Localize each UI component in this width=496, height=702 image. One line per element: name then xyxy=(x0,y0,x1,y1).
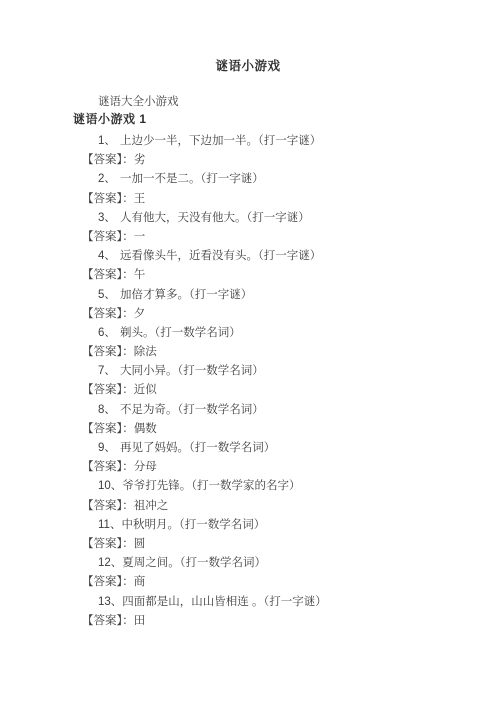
riddle-number: 5、 xyxy=(98,286,120,305)
riddle-question-text: 剃头。（打一数学名词） xyxy=(120,327,241,339)
riddle-question: 7、大同小异。（打一数学名词） xyxy=(0,362,496,381)
riddle-question-text: 夏周之间。（打一数学名词） xyxy=(122,557,266,569)
riddle-question-text: 大同小异。（打一数学名词） xyxy=(120,365,264,377)
riddle-answer: 【答案】：一 xyxy=(0,228,496,247)
riddle-answer: 【答案】：王 xyxy=(0,190,496,209)
riddle-question-text: 加倍才算多。（打一字谜） xyxy=(120,289,252,301)
riddle-number: 8、 xyxy=(98,401,120,420)
riddle-list: 1、上边少一半，下边加一半。（打一字谜）【答案】：劣2、一加一不是二。（打一字谜… xyxy=(0,132,496,631)
riddle-question: 1、上边少一半，下边加一半。（打一字谜） xyxy=(0,132,496,151)
riddle-question: 9、再见了妈妈。（打一数学名词） xyxy=(0,439,496,458)
document-title: 谜语小游戏 xyxy=(0,59,496,74)
riddle-question: 12、夏周之间。（打一数学名词） xyxy=(0,554,496,573)
document-page: 谜语小游戏 谜语大全小游戏 谜语小游戏 1 1、上边少一半，下边加一半。（打一字… xyxy=(0,0,496,702)
riddle-answer: 【答案】：分母 xyxy=(0,458,496,477)
riddle-number: 2、 xyxy=(98,170,120,189)
riddle-answer: 【答案】：夕 xyxy=(0,305,496,324)
riddle-number: 13、 xyxy=(98,593,122,612)
riddle-answer: 【答案】：劣 xyxy=(0,151,496,170)
riddle-answer: 【答案】：午 xyxy=(0,266,496,285)
riddle-question-text: 中秋明月。（打一数学名词） xyxy=(121,519,265,531)
riddle-number: 9、 xyxy=(98,439,120,458)
riddle-question-text: 远看像头牛，近看没有头。（打一字谜） xyxy=(120,250,321,262)
riddle-question: 6、剃头。（打一数学名词） xyxy=(0,324,496,343)
riddle-number: 10、 xyxy=(98,477,122,496)
riddle-question: 11、中秋明月。（打一数学名词） xyxy=(0,516,496,535)
riddle-question-text: 四面都是山，山山皆相连 。（打一字谜） xyxy=(122,596,326,608)
riddle-answer: 【答案】：田 xyxy=(0,612,496,631)
document-subtitle: 谜语大全小游戏 xyxy=(98,95,179,110)
riddle-answer: 【答案】：圆 xyxy=(0,535,496,554)
riddle-question-text: 爷爷打先锋。（打一数学家的名字） xyxy=(122,480,300,492)
riddle-question: 4、远看像头牛，近看没有头。（打一字谜） xyxy=(0,247,496,266)
riddle-question: 10、爷爷打先锋。（打一数学家的名字） xyxy=(0,477,496,496)
riddle-question-text: 人有他大，天没有他大。（打一字谜） xyxy=(120,212,310,224)
riddle-number: 12、 xyxy=(98,554,122,573)
riddle-question: 5、加倍才算多。（打一字谜） xyxy=(0,286,496,305)
riddle-question-text: 不足为奇。（打一数学名词） xyxy=(120,404,264,416)
riddle-question: 2、一加一不是二。（打一字谜） xyxy=(0,170,496,189)
riddle-number: 4、 xyxy=(98,247,120,266)
riddle-question-text: 上边少一半，下边加一半。（打一字谜） xyxy=(120,135,321,147)
riddle-number: 7、 xyxy=(98,362,120,381)
riddle-question: 8、不足为奇。（打一数学名词） xyxy=(0,401,496,420)
riddle-question-text: 一加一不是二。（打一字谜） xyxy=(120,173,264,185)
riddle-answer: 【答案】：偶数 xyxy=(0,420,496,439)
riddle-answer: 【答案】：祖冲之 xyxy=(0,497,496,516)
riddle-answer: 【答案】：商 xyxy=(0,573,496,592)
riddle-number: 11、 xyxy=(98,516,121,535)
riddle-number: 1、 xyxy=(98,132,120,151)
section-heading: 谜语小游戏 1 xyxy=(73,112,147,127)
riddle-number: 6、 xyxy=(98,324,120,343)
riddle-number: 3、 xyxy=(98,209,120,228)
riddle-question-text: 再见了妈妈。（打一数学名词） xyxy=(120,442,275,454)
riddle-answer: 【答案】：近似 xyxy=(0,381,496,400)
riddle-answer: 【答案】：除法 xyxy=(0,343,496,362)
riddle-question: 13、四面都是山，山山皆相连 。（打一字谜） xyxy=(0,593,496,612)
riddle-question: 3、人有他大，天没有他大。（打一字谜） xyxy=(0,209,496,228)
